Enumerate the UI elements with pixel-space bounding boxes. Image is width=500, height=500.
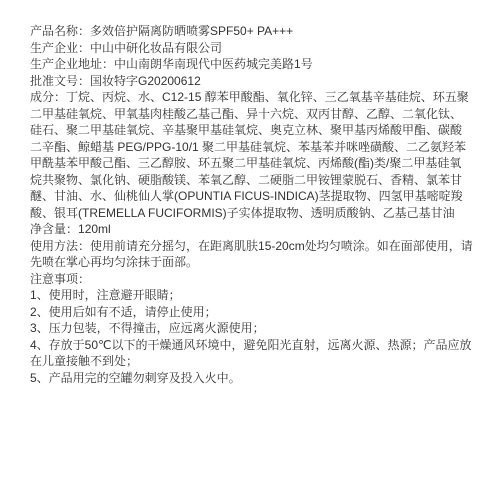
notes-title: 注意事项： [30, 271, 473, 288]
usage-label: 使用方法： [30, 239, 90, 253]
ingredients-value: 丁烷、丙烷、水、C12-15 醇苯甲酸酯、氧化锌、三乙氧基辛基硅烷、环五聚二甲基… [30, 90, 469, 220]
note-item-2: 2、使用后如有不适，请停止使用； [30, 304, 473, 321]
field-row-manufacturer-address: 生产企业地址：中山南朗华南现代中医药城完美路1号 [30, 56, 473, 73]
field-row-approval-number: 批准文号：国妆特字G20200612 [30, 73, 473, 90]
ingredients-paragraph: 成分：丁烷、丙烷、水、C12-15 醇苯甲酸酯、氧化锌、三乙氧基辛基硅烷、环五聚… [30, 89, 473, 221]
field-label-manufacturer-address: 生产企业地址： [30, 57, 114, 71]
field-row-product-name: 产品名称：多效倍护隔离防晒喷雾SPF50+ PA+++ [30, 23, 473, 40]
field-value-approval-number: 国妆特字G20200612 [90, 74, 201, 88]
ingredients-label: 成分： [30, 90, 66, 104]
net-content-label: 净含量： [30, 222, 78, 236]
field-label-manufacturer: 生产企业： [30, 41, 90, 55]
product-info-document: 产品名称：多效倍护隔离防晒喷雾SPF50+ PA+++ 生产企业：中山中研化妆品… [0, 0, 500, 500]
usage-paragraph: 使用方法：使用前请充分摇匀，在距离肌肤15-20cm处均匀喷涂。如在面部使用，请… [30, 238, 473, 271]
field-row-manufacturer: 生产企业：中山中研化妆品有限公司 [30, 40, 473, 57]
field-value-product-name: 多效倍护隔离防晒喷雾SPF50+ PA+++ [90, 24, 293, 38]
field-value-manufacturer: 中山中研化妆品有限公司 [90, 41, 222, 55]
usage-value: 使用前请充分摇匀，在距离肌肤15-20cm处均匀喷涂。如在面部使用，请先喷在掌心… [30, 239, 473, 270]
net-content-row: 净含量：120ml [30, 221, 473, 238]
note-item-4: 4、存放于50℃以下的干燥通风环境中，避免阳光直射，远离火源、热源；产品应放在儿… [30, 337, 473, 370]
field-value-manufacturer-address: 中山南朗华南现代中医药城完美路1号 [114, 57, 313, 71]
note-item-3: 3、压力包装，不得撞击，应远离火源使用； [30, 320, 473, 337]
field-label-product-name: 产品名称： [30, 24, 90, 38]
note-item-5: 5、产品用完的空罐勿刺穿及投入火中。 [30, 370, 473, 387]
note-item-1: 1、使用时，注意避开眼睛； [30, 287, 473, 304]
net-content-value: 120ml [78, 222, 111, 236]
field-label-approval-number: 批准文号： [30, 74, 90, 88]
